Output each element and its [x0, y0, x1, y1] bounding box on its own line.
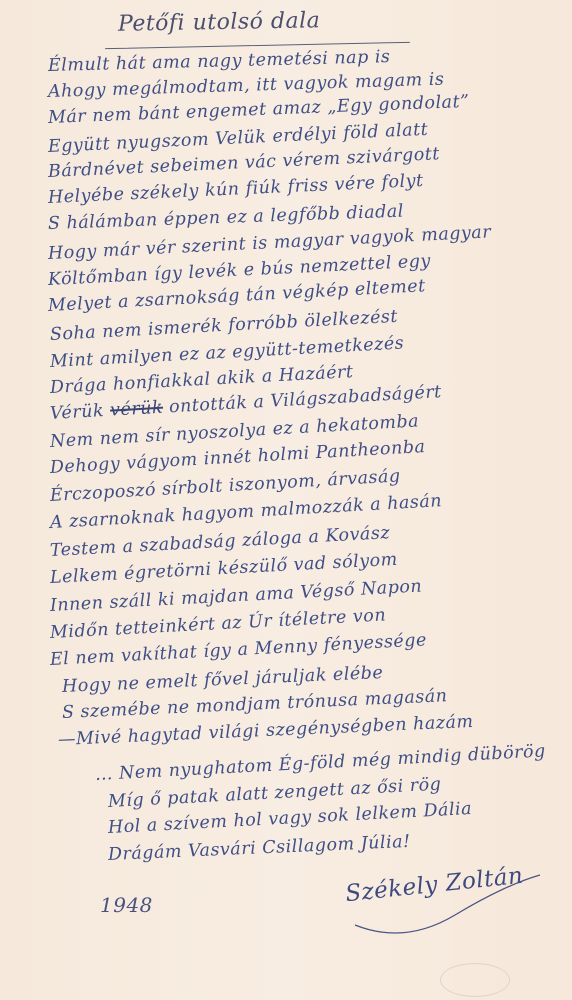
word-veruk: Vérük: [49, 401, 110, 424]
manuscript-page: Petőfi utolsó dala Élmult hát ama nagy t…: [0, 0, 572, 1000]
date-year: 1948: [100, 893, 153, 917]
struck-word: vérük: [110, 398, 164, 421]
poem-line-1: Élmult hát ama nagy temetési nap is: [48, 47, 391, 76]
archive-stamp: [440, 963, 510, 997]
poem-title: Petőfi utolsó dala: [118, 8, 321, 37]
poem-line-27: … Nem nyughatom Ég-föld még mindig dübör…: [94, 741, 546, 785]
poem-line-30: Drágám Vasvári Csillagom Júlia!: [108, 832, 411, 865]
